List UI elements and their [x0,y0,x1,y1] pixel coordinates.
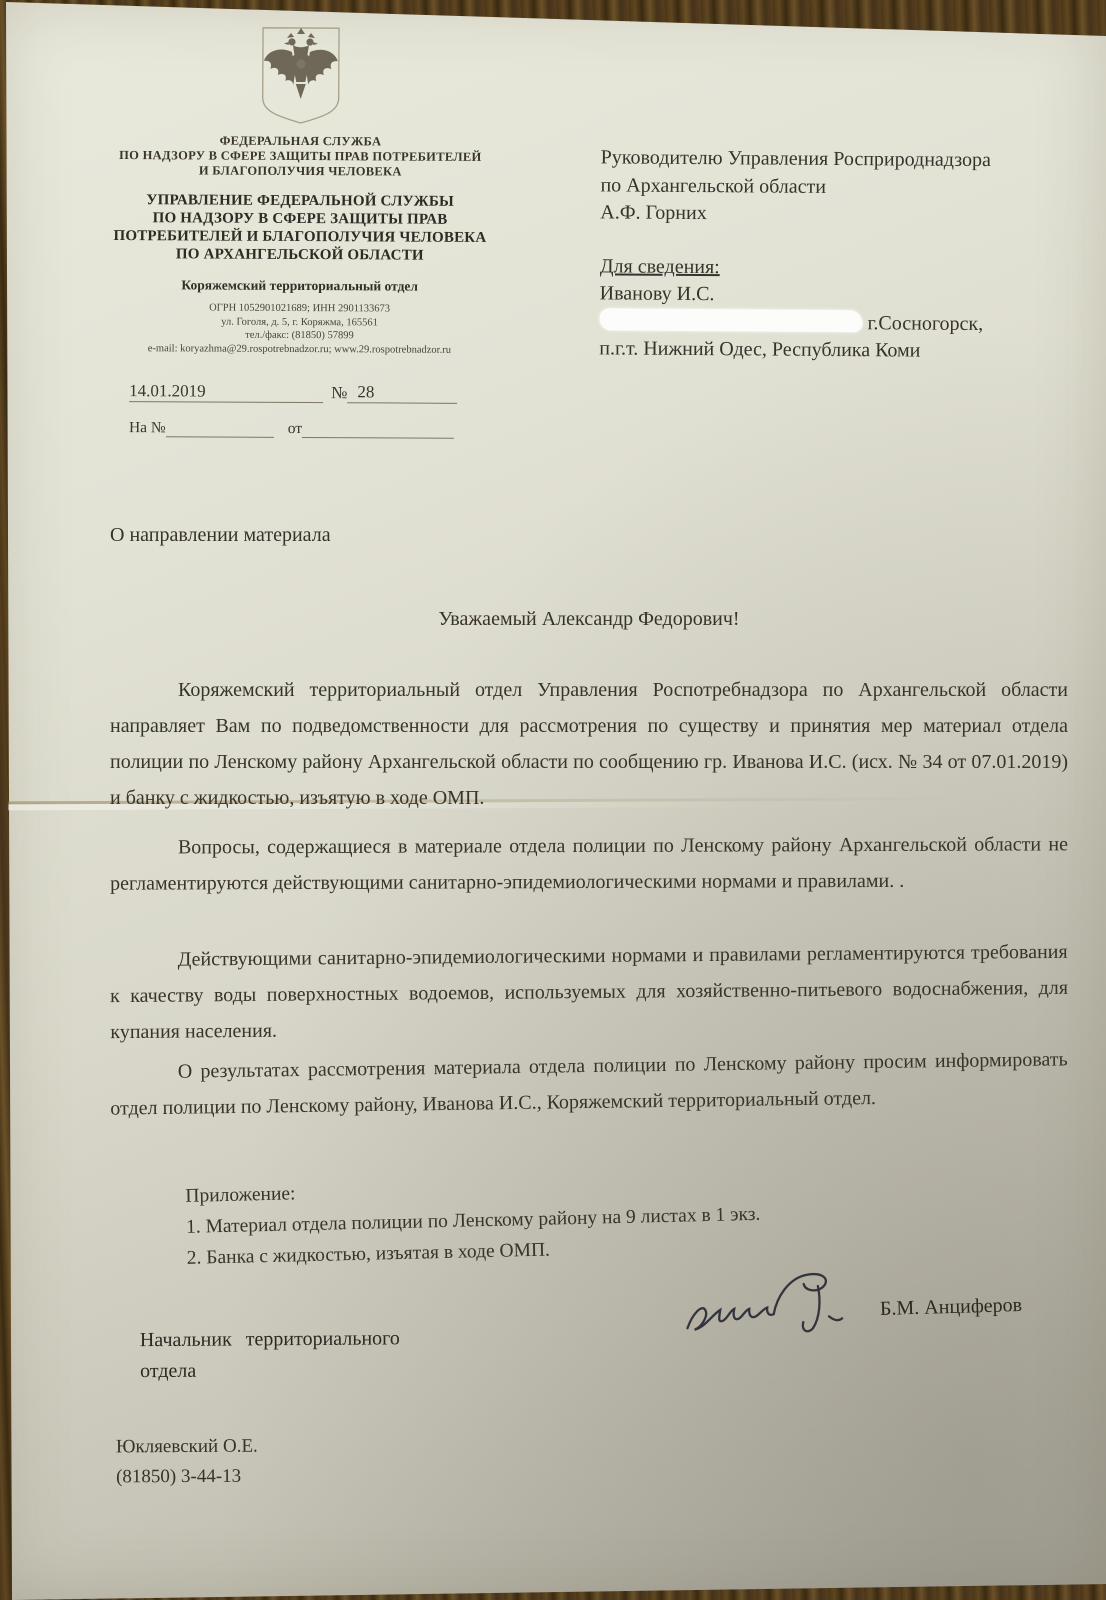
letter-date: 14.01.2019 [129,381,307,403]
executor-block: Юкляевский О.Е. (81850) 3-44-13 [116,1432,258,1493]
executor-name: Юкляевский О.Е. [116,1432,258,1463]
executor-phone: (81850) 3-44-13 [116,1462,258,1493]
date-and-number-row: 14.01.2019№28 [129,381,514,404]
body-paragraph-4: О результатах рассмотрения материала отд… [110,1041,1069,1126]
subject-line: О направлении материала [110,524,331,547]
letterhead: ФЕДЕРАЛЬНАЯ СЛУЖБА ПО НАДЗОРУ В СФЕРЕ ЗА… [84,23,516,439]
department-name: Коряжемский территориальный отдел [85,277,515,295]
recipient-line: по Архангельской области [600,172,1075,203]
org-parent-name: ФЕДЕРАЛЬНАЯ СЛУЖБА ПО НАДЗОРУ В СФЕРЕ ЗА… [85,133,515,180]
letter-number: 28 [347,382,457,404]
handwritten-signature-icon [676,1261,876,1346]
fyi-city: г.Сосногорск, [867,312,983,335]
org-name: УПРАВЛЕНИЕ ФЕДЕРАЛЬНОЙ СЛУЖБЫ ПО НАДЗОРУ… [85,191,515,265]
body-paragraph-3: Действующими санитарно-эпидемиологически… [110,934,1069,1050]
ref-label: На № [129,419,166,436]
fyi-address-line: г.Сосногорск, [599,308,1074,339]
redaction-box [599,308,862,332]
signer-position: Начальник территориального отдела [140,1323,475,1387]
photo-of-letter-on-desk: ФЕДЕРАЛЬНАЯ СЛУЖБА ПО НАДЗОРУ В СФЕРЕ ЗА… [0,0,1106,1600]
body-paragraph-1: Коряжемский территориальный отдел Управл… [110,672,1068,816]
recipient-line: Руководителю Управления Росприроднадзора [601,144,1076,175]
salutation: Уважаемый Александр Федорович! [110,608,1068,631]
blank-line [307,402,323,403]
number-sign: № [331,383,347,402]
org-contact-details: ОГРН 1052901021689; ИНН 2901133673 ул. Г… [84,301,514,357]
fyi-name: Иванову И.С. [600,280,1075,311]
attachments-block: Приложение: 1. Материал отдела полиции п… [185,1163,967,1274]
recipient-name: А.Ф. Горних [600,199,1075,230]
recipient-block: Руководителю Управления Росприроднадзора… [599,144,1076,366]
ref-from-label: от [288,420,302,437]
fyi-region: п.г.т. Нижний Одес, Республика Коми [599,335,1074,366]
fyi-label: Для сведения: [600,253,720,281]
signer-name: Б.М. Анциферов [880,1294,1023,1321]
russian-coat-of-arms-icon [255,24,348,126]
body-paragraph-2: Вопросы, содержащиеся в материале отдела… [110,826,1068,901]
reference-row: На №от [129,419,514,439]
